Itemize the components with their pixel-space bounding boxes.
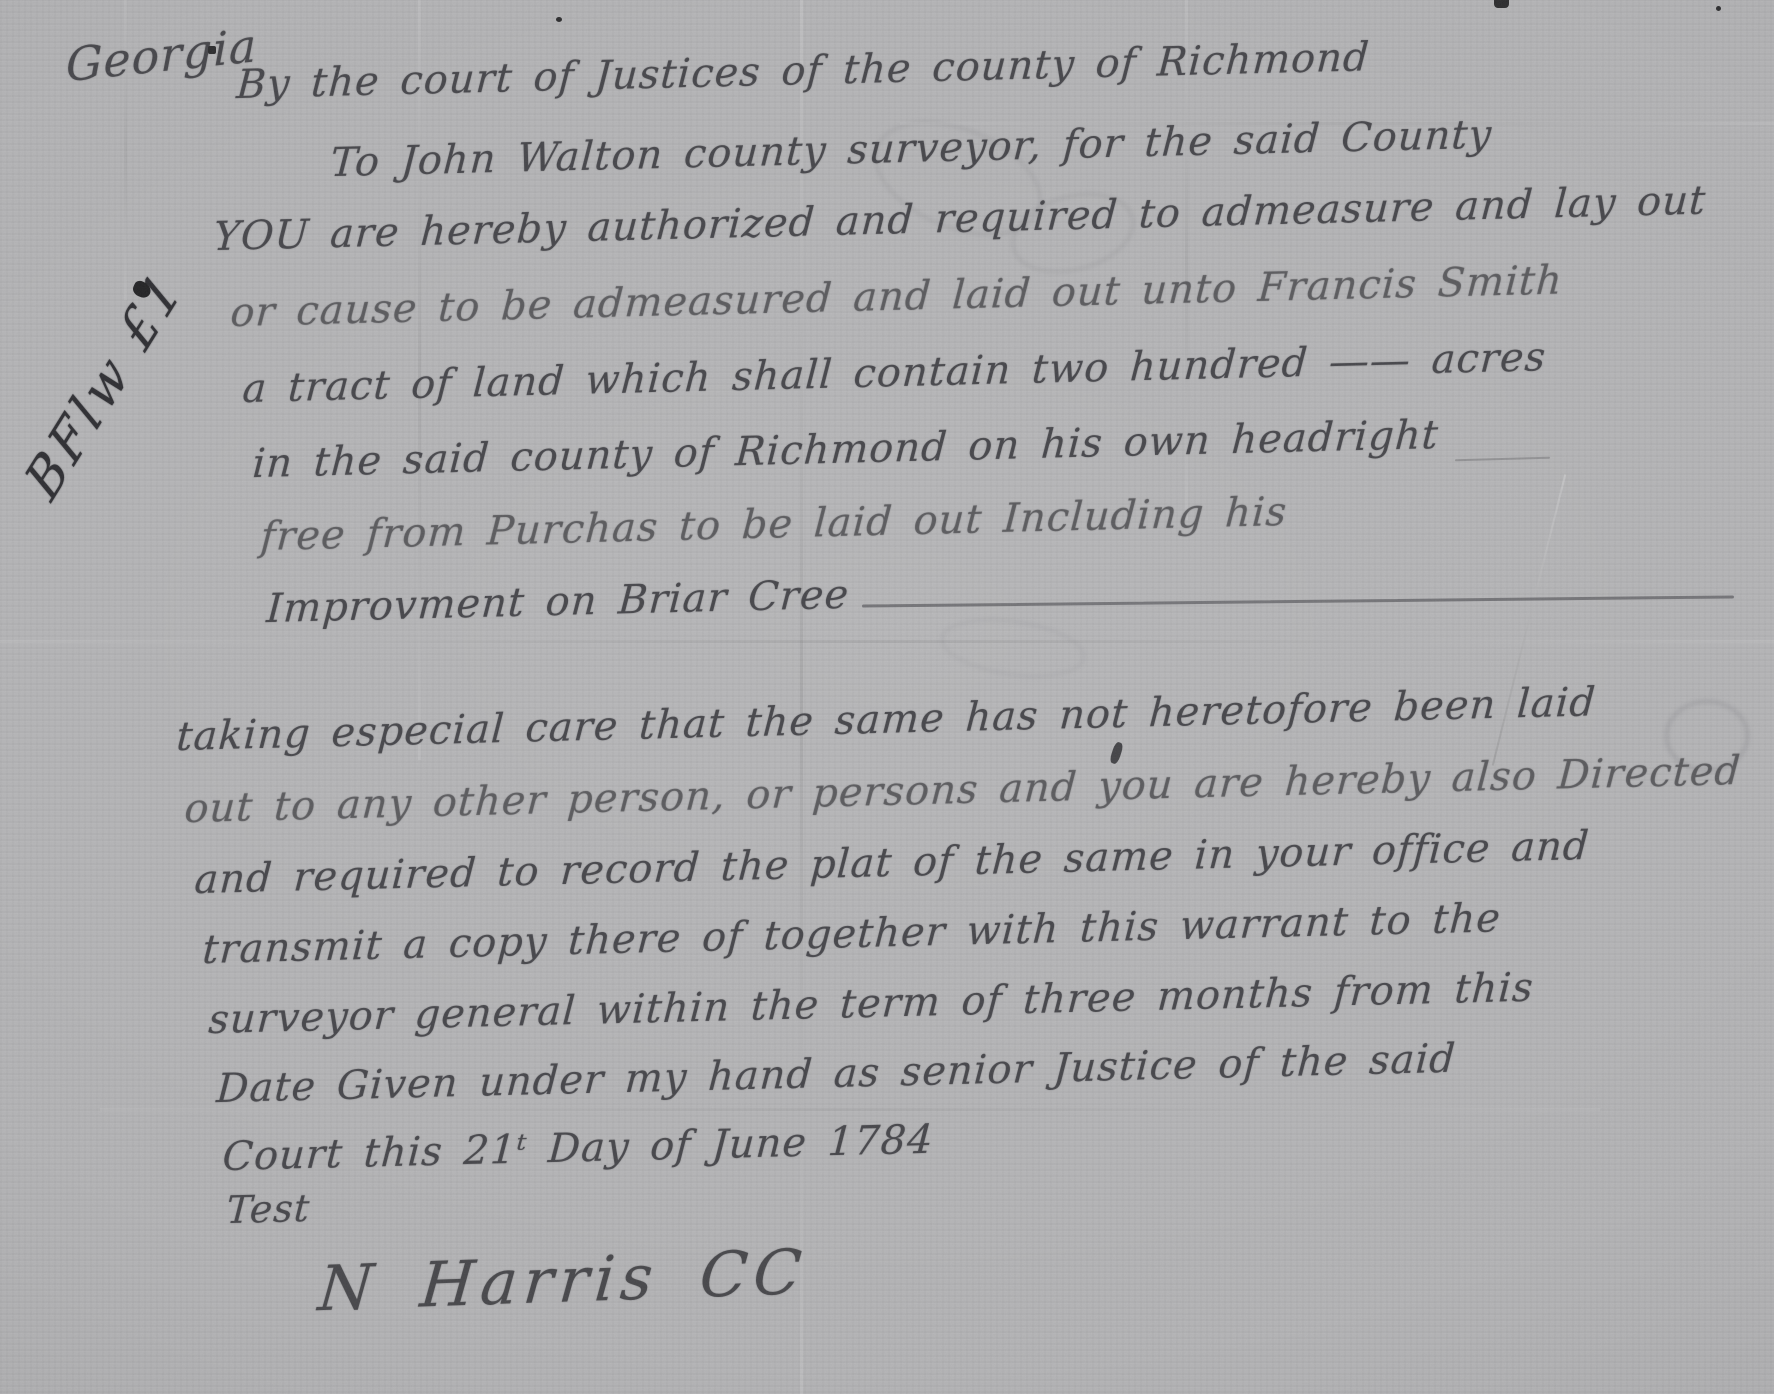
warrant-line-given: Date Given under my hand as senior Justi… [215, 1036, 1457, 1112]
ink-speck [1716, 6, 1721, 11]
attestation-label: Test [225, 1186, 311, 1232]
signature: N Harris CC [316, 1235, 811, 1325]
ink-speck [556, 17, 562, 22]
ink-speck [208, 46, 216, 54]
place-heading: Georgia [66, 18, 257, 92]
warrant-line-record: and required to record the plat of the s… [193, 823, 1591, 903]
blank-fill-rule [862, 595, 1734, 607]
warrant-line-acreage: a tract of land which shall contain two … [241, 334, 1548, 412]
warrant-line-improvement: Improvment on Briar Cree [265, 572, 851, 632]
warrant-line-grantee: or cause to be admeasured and laid out u… [229, 257, 1564, 336]
bleedthrough-mark [937, 610, 1089, 686]
warrant-line-term: surveyor general within the term of thre… [207, 965, 1535, 1043]
margin-docket-notation: BFlw £1 [15, 184, 242, 511]
scanned-document-page: Georgia BFlw £1 By the court of Justices… [0, 0, 1774, 1394]
ink-speck [1109, 741, 1124, 765]
ink-speck [1494, 0, 1509, 8]
warrant-line-county: in the said county of Richmond on his ow… [251, 412, 1440, 487]
horizontal-crease-line [0, 640, 1774, 643]
warrant-line-transmit: transmit a copy there of together with t… [201, 895, 1502, 973]
warrant-line-persons: out to any other person, or persons and … [183, 748, 1742, 832]
short-dash-rule [1455, 457, 1550, 461]
warrant-line-court: By the court of Justices of the county o… [235, 34, 1371, 108]
warrant-line-purchase: free from Purchas to be laid out Includi… [259, 489, 1289, 560]
warrant-line-care: taking especial care that the same has n… [175, 679, 1597, 760]
warrant-line-date: Court this 21ᵗ Day of June 1784 [221, 1117, 935, 1180]
